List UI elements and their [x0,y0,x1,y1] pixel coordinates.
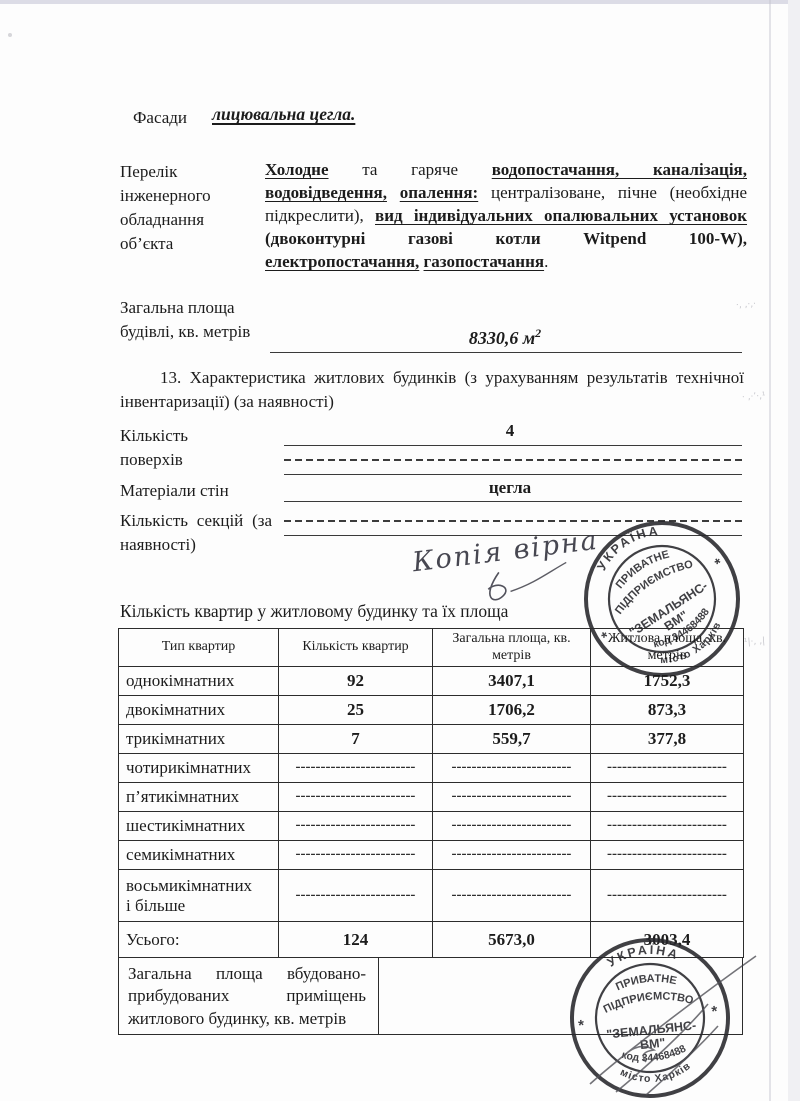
cell-count: 7 [279,725,433,754]
equipment-label: Перелік інженерного обладнання об’єкта [120,160,244,257]
fill-line [270,352,742,353]
col-header-living-area: Житлова площа, кв. метрів [591,629,744,667]
col-header-count: Кількість квартир [279,629,433,667]
building-area-number: 8330,6 м [469,328,535,348]
scan-edge-top [0,0,800,4]
stamp-zemalyans-bottom: УКРАЇНА місто Харків ПРИВАТНЕ ПІДПРИЄМСТ… [558,932,793,1101]
cell-total: ------------------------ [433,812,591,841]
scanned-document-page: ·, ,·‚· · ,·’·‚¹ ¹|·, ‚| Фасади лицюваль… [0,0,800,1101]
fill-line [284,445,742,446]
facades-label: Фасади [133,106,187,130]
walls-label: Матеріали стін [120,479,229,503]
cell-living: ------------------------ [591,870,744,922]
cell-living: ------------------------ [591,754,744,783]
col-header-total-area: Загальна площа, кв. метрів [433,629,591,667]
cell-type: семикімнатних [119,841,279,870]
cell-count: ------------------------ [279,783,433,812]
cell-living: ------------------------ [591,783,744,812]
cell-total: 3407,1 [433,667,591,696]
cell-count: ------------------------ [279,841,433,870]
cell-total: 1706,2 [433,696,591,725]
scan-smudge: ·, ,·‚· [736,299,757,310]
cell-living: 873,3 [591,696,744,725]
cell-type: п’ятикімнатних [119,783,279,812]
stamp-org-line1: ПРИВАТНЕ [613,970,679,994]
cell-count: 92 [279,667,433,696]
cell-count: 25 [279,696,433,725]
table-row: трикімнатних 7 559,7 377,8 [119,725,744,754]
cell-total: ------------------------ [433,754,591,783]
cell-type: однокімнатних [119,667,279,696]
building-area-sup: 2 [535,326,541,340]
building-area-label: Загальна площа будівлі, кв. метрів [120,296,258,344]
cell-count: ------------------------ [279,812,433,841]
cell-living: 1752,3 [591,667,744,696]
table-row: семикімнатних ------------------------ -… [119,841,744,870]
table-row: чотирикімнатних ------------------------… [119,754,744,783]
cell-total: 559,7 [433,725,591,754]
facades-value: лицювальна цегла. [212,104,355,125]
table-row: п’ятикімнатних ------------------------ … [119,783,744,812]
apartments-heading: Кількість квартир у житловому будинку та… [120,601,508,622]
cell-living: 377,8 [591,725,744,754]
stamp-star-left: * [578,1017,586,1035]
apartments-table: Тип квартир Кількість квартир Загальна п… [118,628,744,958]
scan-speck [8,33,12,37]
cell-type: двокімнатних [119,696,279,725]
cell-type: шестикімнатних [119,812,279,841]
table-row: восьмикімнатнихі більше ----------------… [119,870,744,922]
svg-text:ПРИВАТНЕ: ПРИВАТНЕ [613,970,679,994]
floors-label: Кількість поверхів [120,424,230,472]
cell-total: ------------------------ [433,783,591,812]
equipment-value: Холодне та гаряче водопостачання, каналі… [265,158,747,274]
cell-total: ------------------------ [433,841,591,870]
table-header-row: Тип квартир Кількість квартир Загальна п… [119,629,744,667]
cell-total-label: Усього: [119,922,279,958]
cell-type: чотирикімнатних [119,754,279,783]
cell-count: ------------------------ [279,754,433,783]
stamp-star-right: * [711,1003,719,1021]
svg-text:ПІДПРИЄМСТВО: ПІДПРИЄМСТВО [601,986,697,1016]
fill-line [284,474,742,475]
cell-living: ------------------------ [591,812,744,841]
table-row: двокімнатних 25 1706,2 873,3 [119,696,744,725]
annex-label: Загальна площа вбудовано-прибудованих пр… [119,957,379,1034]
cell-total-count: 124 [279,922,433,958]
table-row: однокімнатних 92 3407,1 1752,3 [119,667,744,696]
cell-total: ------------------------ [433,870,591,922]
cell-type: трикімнатних [119,725,279,754]
cell-type: восьмикімнатнихі більше [119,870,279,922]
floors-value: 4 [280,421,740,441]
section13-title: 13. Характеристика житлових будинків (з … [120,366,744,414]
scan-smudge: · ,·’·‚¹ [742,391,766,403]
col-header-type: Тип квартир [119,629,279,667]
building-area-value: 8330,6 м2 [270,326,740,349]
table-row: шестикімнатних ------------------------ … [119,812,744,841]
cell-living: ------------------------ [591,841,744,870]
sections-count-label: Кількість секцій (за наявності) [120,509,272,557]
stamp-org-line2: ПІДПРИЄМСТВО [601,986,697,1016]
fill-line-dashed [284,459,742,461]
cell-count: ------------------------ [279,870,433,922]
